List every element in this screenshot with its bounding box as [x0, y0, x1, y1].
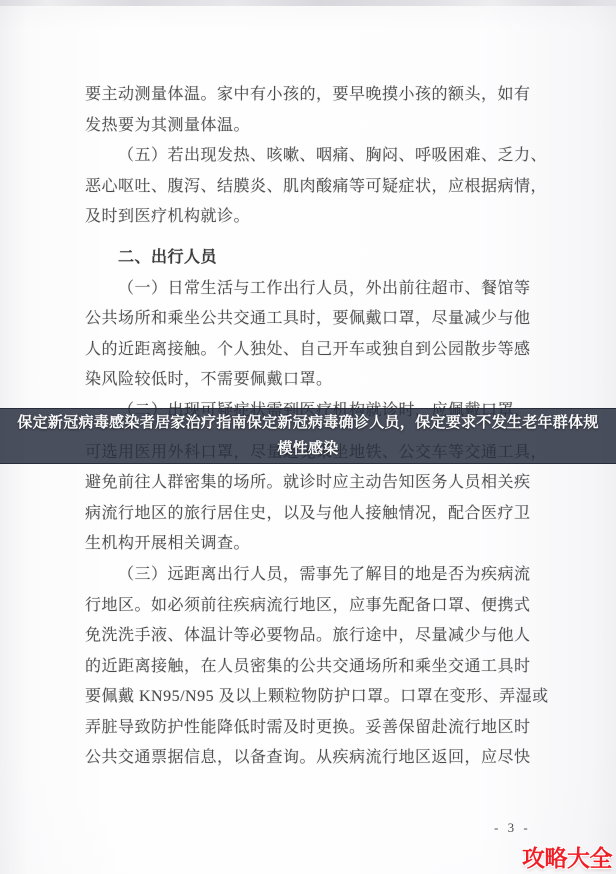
text-line: 要佩戴 KN95/N95 及以上颗粒物防护口罩。口罩在变形、弄湿或	[85, 682, 555, 713]
text-line: 恶心呕吐、腹泻、结膜炎、肌肉酸痛等可疑症状，应根据病情，	[85, 172, 555, 203]
text-line: 免洗洗手液、体温计等必要物品。旅行途中，尽量减少与他人	[85, 621, 555, 652]
text-line: 二、出行人员	[85, 243, 555, 274]
text-line: （三）远距离出行人员，需事先了解目的地是否为疾病流	[85, 560, 555, 591]
text-line: 要主动测量体温。家中有小孩的，要早晚摸小孩的额头，如有	[85, 80, 555, 111]
text-line: 弄脏导致防护性能降低时需及时更换。妥善保留赴流行地区时	[85, 713, 555, 744]
text-line: 人的近距离接触。个人独处、自己开车或独自到公园散步等感	[85, 335, 555, 366]
text-line: 的近距离接触，在人员密集的公共交通场所和乘坐交通工具时	[85, 652, 555, 683]
text-line: 避免前往人群密集的场所。就诊时应主动告知医务人员相关疾	[85, 468, 555, 499]
page-number: - 3 -	[494, 820, 531, 836]
text-line: 行地区。如必须前往疾病流行地区，应事先配备口罩、便携式	[85, 591, 555, 622]
text-line: 公共交通票据信息，以备查询。从疾病流行地区返回，应尽快	[85, 743, 555, 774]
text-line: （一）日常生活与工作出行人员，外出前往超市、餐馆等	[85, 274, 555, 305]
text-line: 公共场所和乘坐公共交通工具时，要佩戴口罩，尽量减少与他	[85, 304, 555, 335]
overlay-banner: 保定新冠病毒感染者居家治疗指南保定新冠病毒确诊人员，保定要求不发生老年群体规模性…	[0, 408, 616, 464]
text-line: 染风险较低时，不需要佩戴口罩。	[85, 365, 555, 396]
overlay-banner-title: 保定新冠病毒感染者居家治疗指南保定新冠病毒确诊人员，保定要求不发生老年群体规模性…	[0, 410, 616, 462]
document-photo: 要主动测量体温。家中有小孩的，要早晚摸小孩的额头，如有发热要为其测量体温。（五）…	[0, 0, 616, 874]
photo-top-edge	[0, 0, 616, 6]
text-line: 发热要为其测量体温。	[85, 111, 555, 142]
text-line: 及时到医疗机构就诊。	[85, 202, 555, 233]
text-line: （五）若出现发热、咳嗽、咽痛、胸闷、呼吸困难、乏力、	[85, 141, 555, 172]
text-line: 病流行地区的旅行居住史，以及与他人接触情况，配合医疗卫	[85, 499, 555, 530]
text-line: 生机构开展相关调查。	[85, 529, 555, 560]
watermark-text: 攻略大全	[522, 840, 612, 873]
